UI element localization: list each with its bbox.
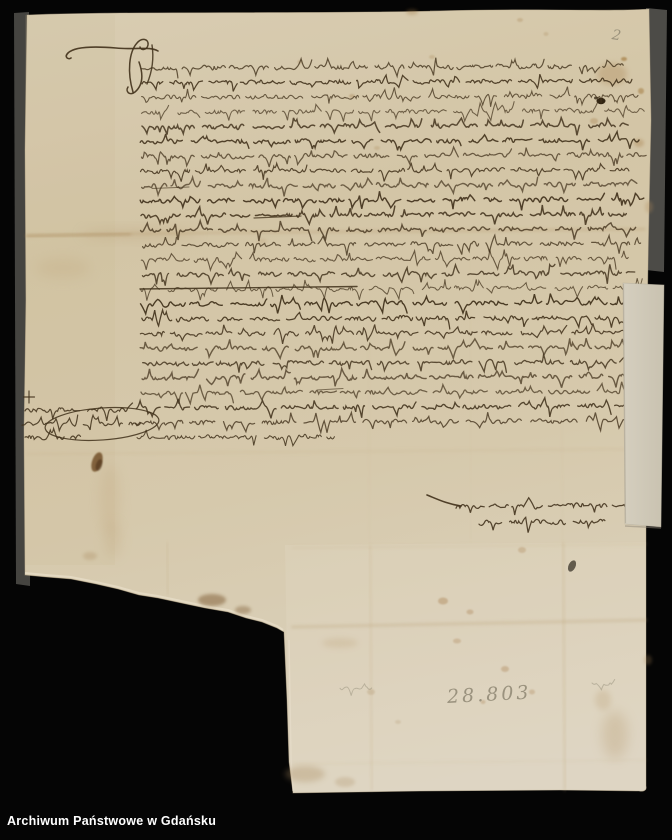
- archive-watermark-caption: Archiwum Państwowe w Gdańsku: [7, 814, 216, 828]
- stain: [595, 690, 611, 710]
- stain: [83, 552, 97, 560]
- paper-flap: [623, 283, 664, 528]
- stain: [518, 547, 526, 553]
- stain: [453, 639, 461, 644]
- stain: [501, 666, 509, 672]
- stain: [322, 638, 358, 648]
- stain: [645, 201, 653, 213]
- stain: [105, 522, 121, 558]
- stain: [517, 18, 523, 22]
- stain: [374, 146, 380, 150]
- stain: [602, 711, 628, 759]
- paper-tone-lower: [285, 542, 646, 792]
- stain: [198, 594, 226, 606]
- stain: [597, 63, 627, 85]
- stain: [467, 610, 474, 615]
- document-photo: 2 28.803: [0, 0, 672, 840]
- stain: [638, 88, 644, 94]
- paper-flap-sheet: [623, 283, 664, 527]
- stain: [544, 32, 549, 36]
- pencil-reference-number: 28.803: [445, 682, 532, 708]
- stain: [395, 720, 401, 724]
- stain: [367, 689, 375, 695]
- stain: [335, 777, 355, 787]
- stain: [644, 655, 652, 665]
- stain: [438, 598, 448, 605]
- stain: [590, 118, 598, 124]
- stain: [235, 606, 251, 614]
- stain: [285, 766, 325, 782]
- stain: [406, 9, 418, 15]
- fold-crease: [167, 543, 168, 594]
- stain: [36, 258, 90, 278]
- stain: [621, 57, 627, 61]
- stain: [429, 55, 435, 59]
- archival-scan-page: 2 28.803 Archiwum Państwowe w Gdańsku: [0, 0, 672, 840]
